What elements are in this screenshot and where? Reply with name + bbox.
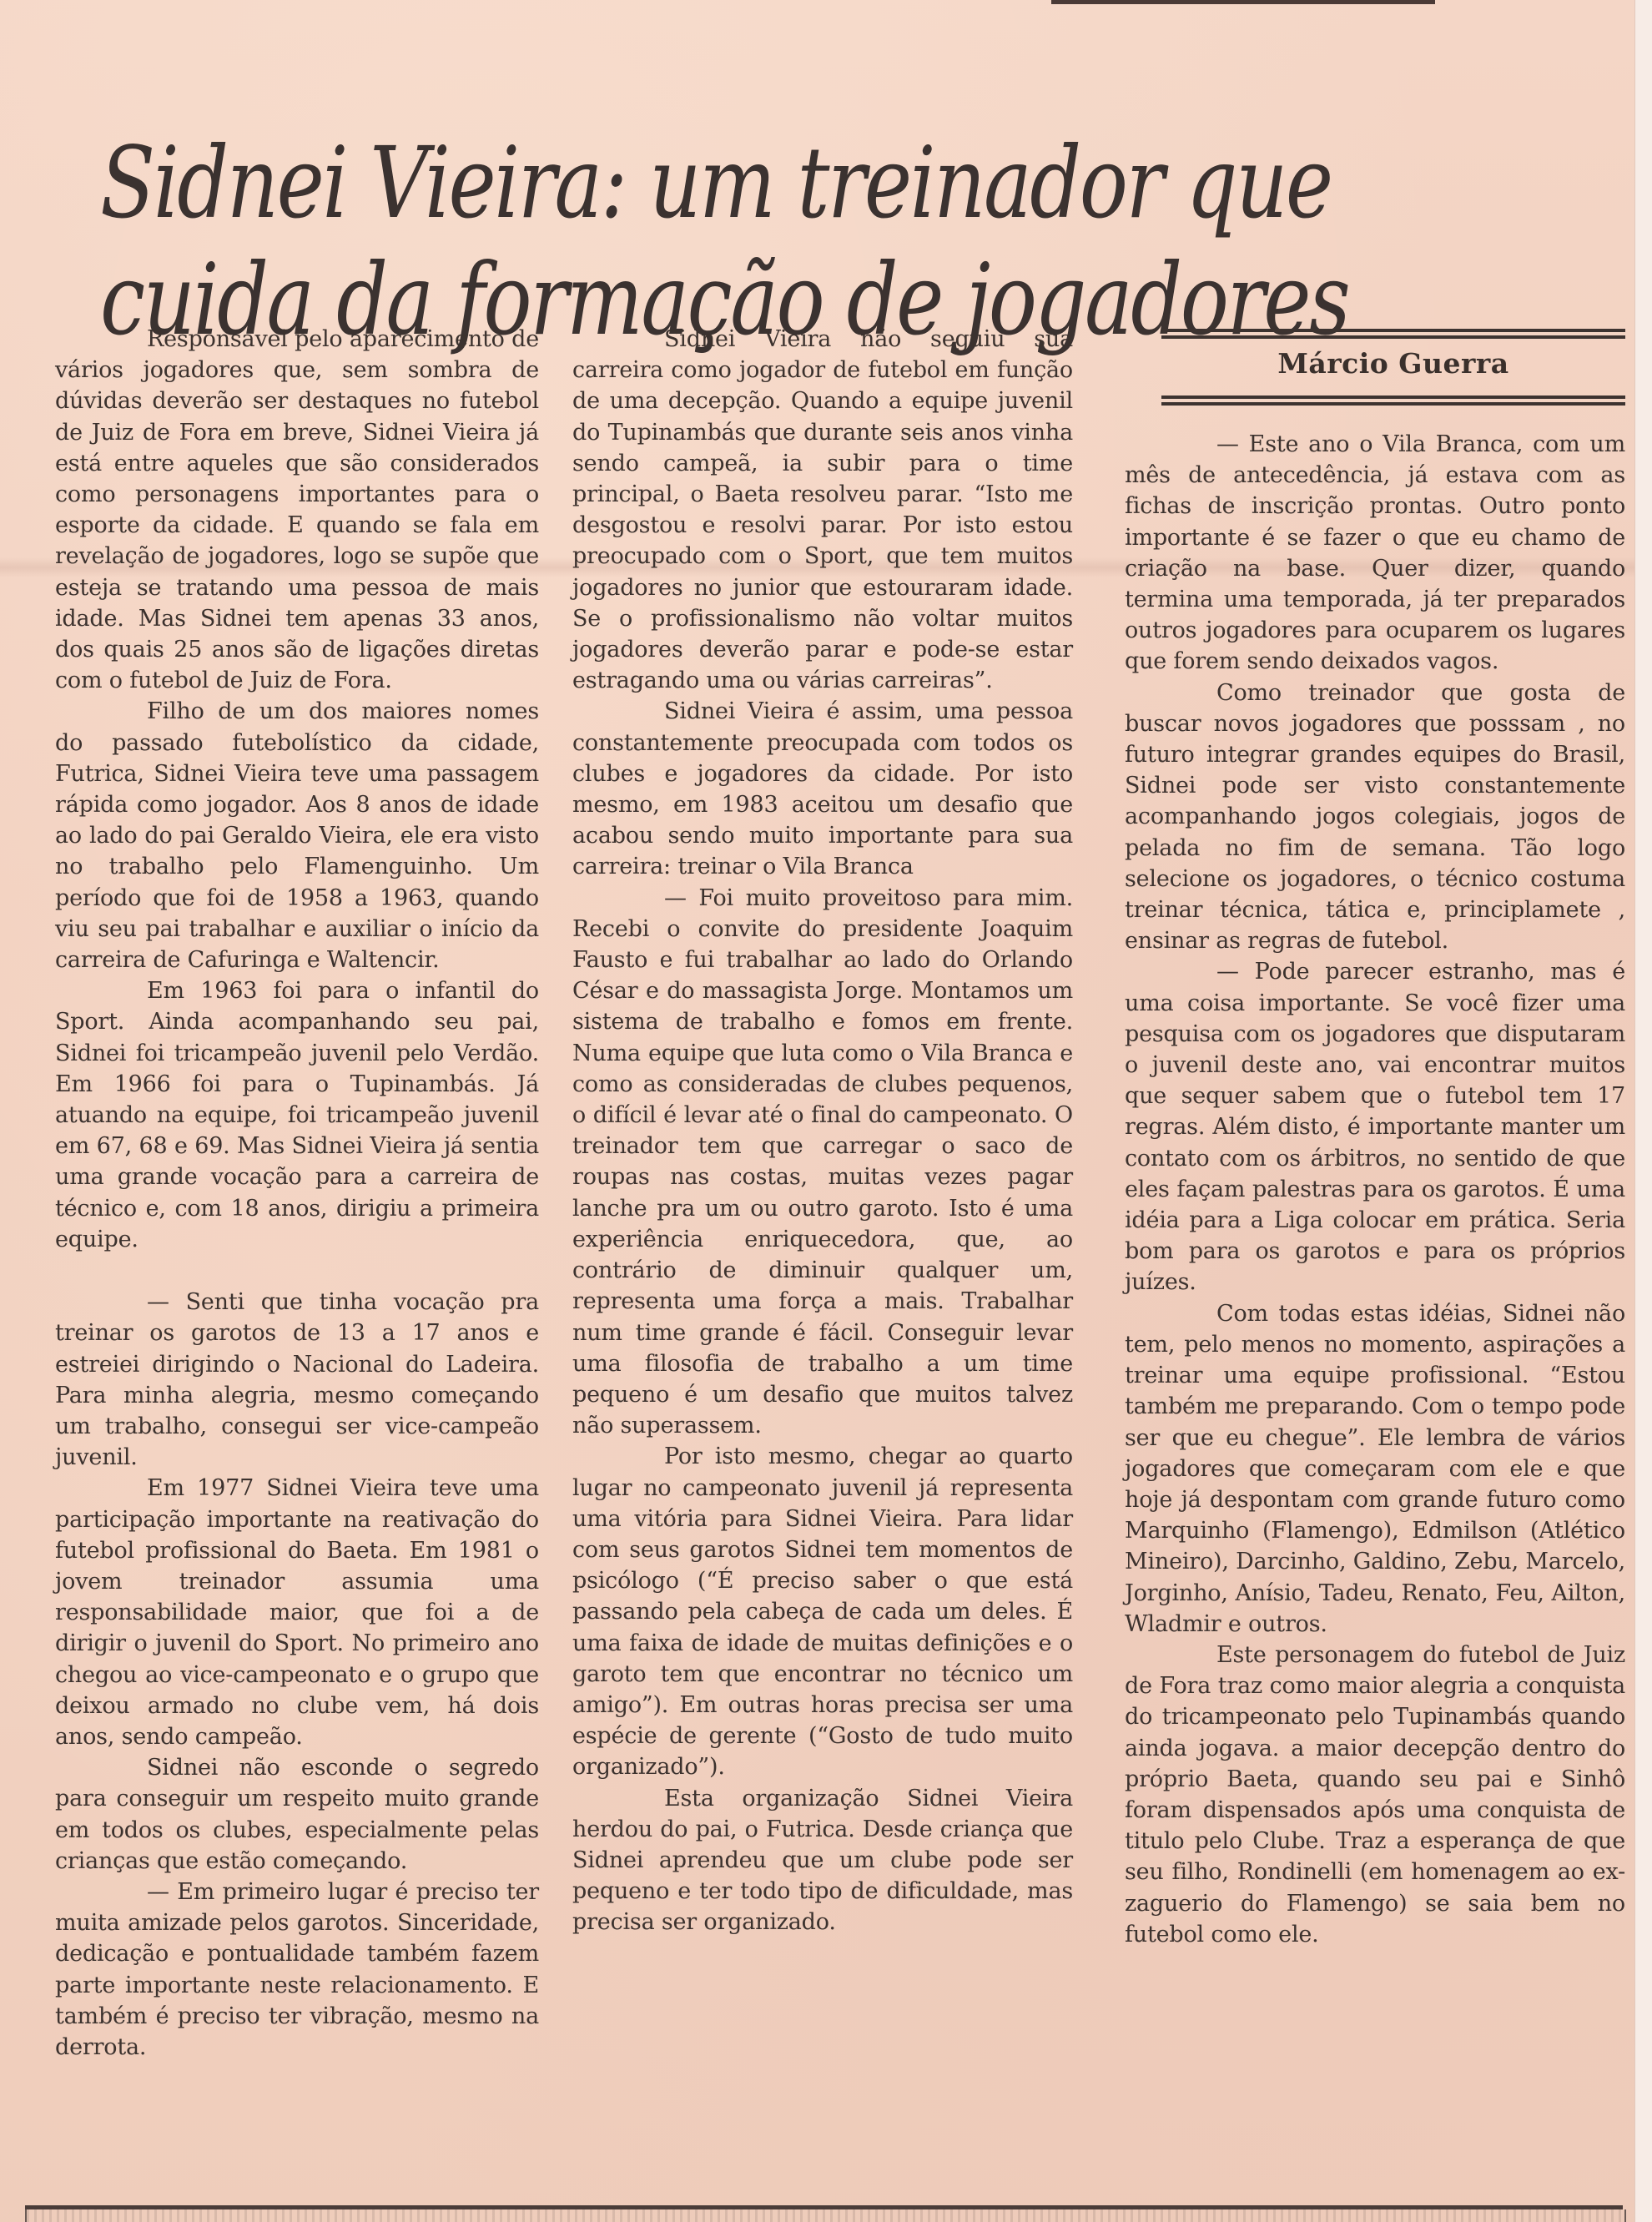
- paragraph: Em 1977 Sidnei Vieira teve uma participa…: [55, 1473, 539, 1752]
- paragraph: Em 1963 foi para o infantil do Sport. Ai…: [55, 975, 539, 1255]
- paragraph-quote: — Este ano o Vila Branca, com um mês de …: [1125, 429, 1625, 678]
- paragraph-quote: — Em primeiro lugar é preciso ter muita …: [55, 1877, 539, 2063]
- next-article-edge: [25, 2209, 1626, 2222]
- paragraph: Por isto mesmo, chegar ao quarto lugar n…: [572, 1441, 1073, 1782]
- paragraph: Responsável pelo aparecimento de vários …: [55, 324, 539, 696]
- article-column-1: Responsável pelo aparecimento de vários …: [55, 324, 539, 2063]
- byline-rule-bottom: [1161, 396, 1625, 406]
- article-column-3: — Este ano o Vila Branca, com um mês de …: [1125, 429, 1625, 1950]
- headline-line-1: Sidnei Vieira: um treinador que: [100, 124, 1318, 241]
- paragraph: Filho de um dos maiores nomes do passado…: [55, 696, 539, 975]
- paragraph-quote: — Pode parecer estranho, mas é uma coisa…: [1125, 956, 1625, 1297]
- paragraph: Sidnei não esconde o segredo para conseg…: [55, 1752, 539, 1877]
- byline-rule-top: [1161, 329, 1625, 339]
- article-column-2: Sidnei Vieira não seguiu sua carreira co…: [572, 324, 1073, 1938]
- paragraph: Com todas estas idéias, Sidnei não tem, …: [1125, 1298, 1625, 1640]
- byline-author: Márcio Guerra: [1161, 347, 1625, 380]
- paragraph: Esta organização Sidnei Vieira herdou do…: [572, 1783, 1073, 1938]
- top-rule: [1051, 0, 1435, 4]
- paragraph: Este personagem do futebol de Juiz de Fo…: [1125, 1640, 1625, 1950]
- byline-box: Márcio Guerra: [1161, 329, 1625, 406]
- paragraph: Sidnei Vieira é assim, uma pessoa consta…: [572, 696, 1073, 882]
- paragraph: Sidnei Vieira não seguiu sua carreira co…: [572, 324, 1073, 696]
- paragraph: Como treinador que gosta de buscar novos…: [1125, 678, 1625, 957]
- paragraph-quote: — Foi muito proveitoso para mim. Recebi …: [572, 883, 1073, 1442]
- scan-edge: [1634, 0, 1652, 2222]
- paragraph-quote: — Senti que tinha vocação pra treinar os…: [55, 1287, 539, 1473]
